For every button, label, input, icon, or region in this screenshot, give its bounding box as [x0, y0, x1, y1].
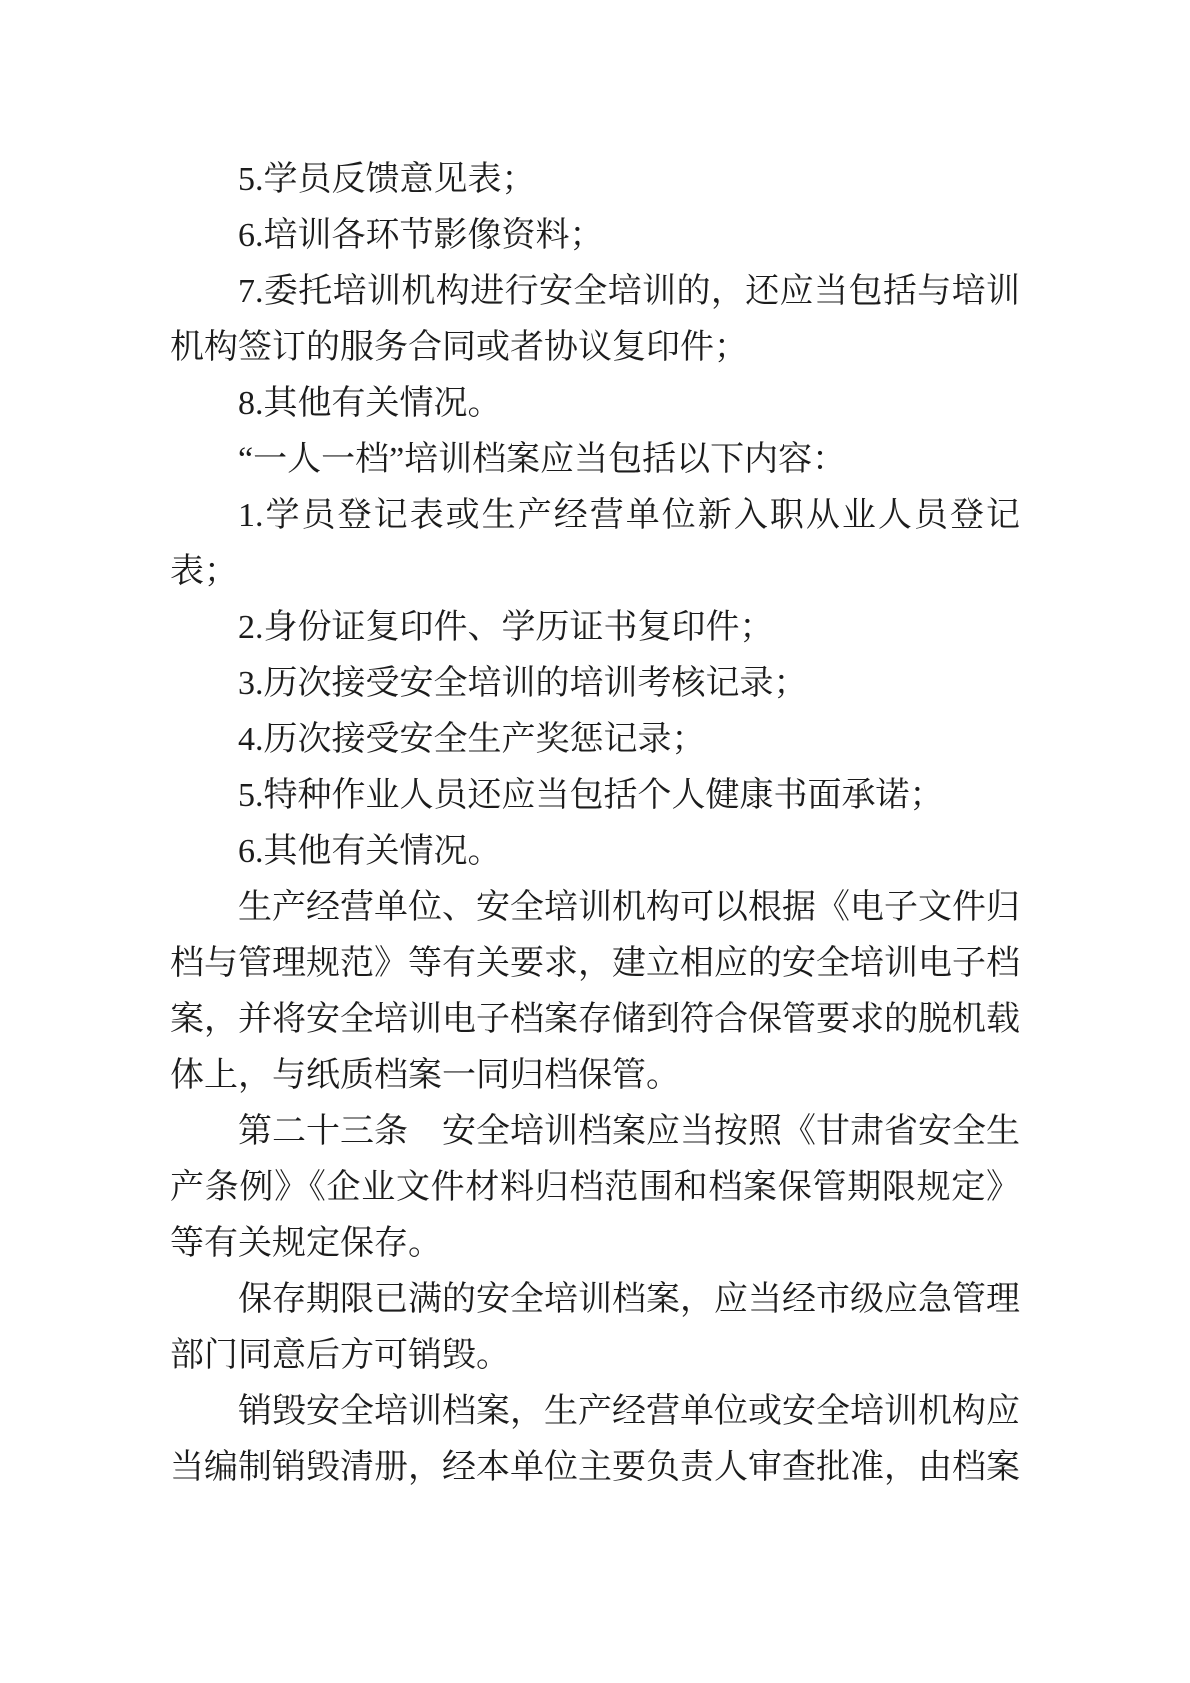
paragraph: 5.学员反馈意见表； — [170, 152, 1020, 208]
paragraph: 第二十三条 安全培训档案应当按照《甘肃省安全生产条例》《企业文件材料归档范围和档… — [170, 1104, 1020, 1272]
paragraph: 1.学员登记表或生产经营单位新入职从业人员登记表； — [170, 488, 1020, 600]
paragraph: “一人一档”培训档案应当包括以下内容： — [170, 432, 1020, 488]
paragraph: 6.培训各环节影像资料； — [170, 208, 1020, 264]
paragraph: 6.其他有关情况。 — [170, 824, 1020, 880]
paragraph: 4.历次接受安全生产奖惩记录； — [170, 712, 1020, 768]
document-page: 5.学员反馈意见表；6.培训各环节影像资料；7.委托培训机构进行安全培训的，还应… — [0, 0, 1190, 1683]
paragraph: 3.历次接受安全培训的培训考核记录； — [170, 656, 1020, 712]
document-body: 5.学员反馈意见表；6.培训各环节影像资料；7.委托培训机构进行安全培训的，还应… — [170, 152, 1020, 1496]
paragraph: 生产经营单位、安全培训机构可以根据《电子文件归档与管理规范》等有关要求，建立相应… — [170, 880, 1020, 1104]
paragraph: 8.其他有关情况。 — [170, 376, 1020, 432]
paragraph: 销毁安全培训档案，生产经营单位或安全培训机构应当编制销毁清册，经本单位主要负责人… — [170, 1384, 1020, 1496]
paragraph: 2.身份证复印件、学历证书复印件； — [170, 600, 1020, 656]
paragraph: 7.委托培训机构进行安全培训的，还应当包括与培训机构签订的服务合同或者协议复印件… — [170, 264, 1020, 376]
paragraph: 5.特种作业人员还应当包括个人健康书面承诺； — [170, 768, 1020, 824]
paragraph: 保存期限已满的安全培训档案，应当经市级应急管理部门同意后方可销毁。 — [170, 1272, 1020, 1384]
